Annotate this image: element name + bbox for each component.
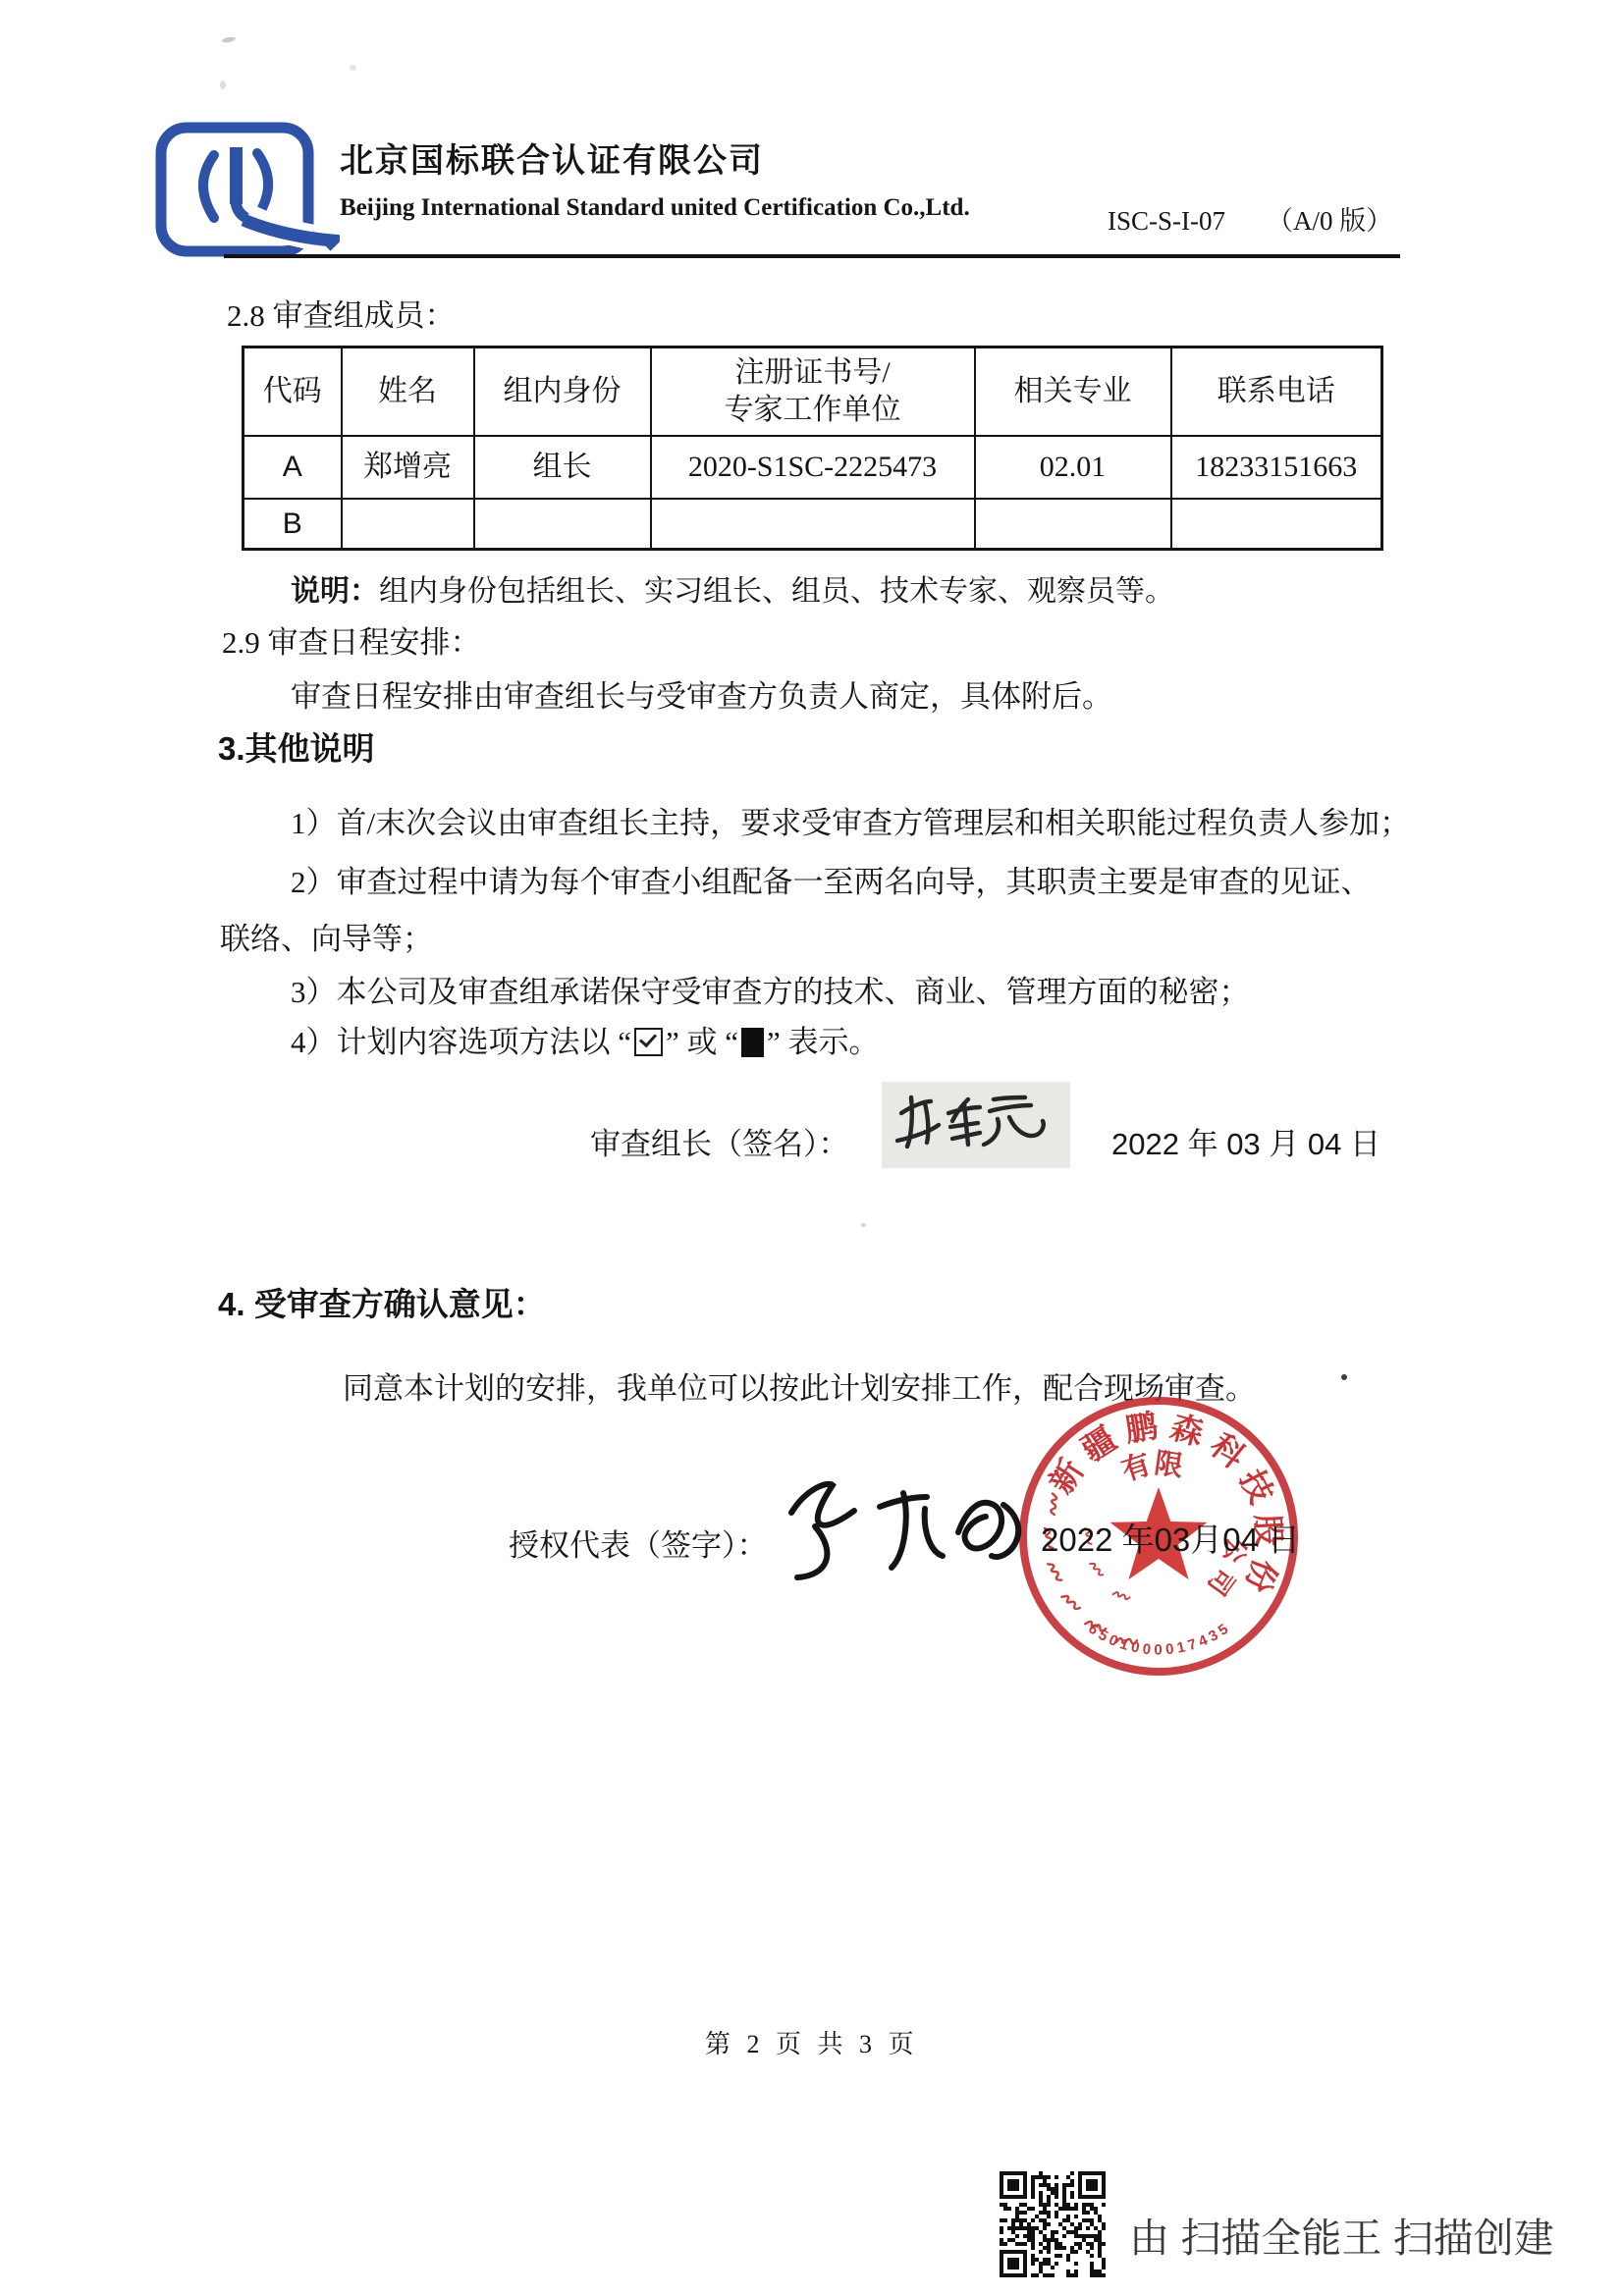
section-3-item1: 1）首/末次会议由审查组长主持，要求受审查方管理层和相关职能过程负责人参加； xyxy=(291,798,1410,842)
audit-team-table: 代码 姓名 组内身份 注册证书号/ 专家工作单位 相关专业 联系电话 A 郑增亮… xyxy=(242,346,1383,551)
svg-text:限: 限 xyxy=(1153,1447,1185,1483)
svg-text:司: 司 xyxy=(1202,1563,1241,1601)
col-header-cert: 注册证书号/ 专家工作单位 xyxy=(651,347,975,436)
company-name-cn: 北京国标联合认证有限公司 xyxy=(340,133,764,182)
note-text: 组内身份包括组长、实习组长、组员、技术专家、观察员等。 xyxy=(379,575,1174,608)
scanned-document-page: 北京国标联合认证有限公司 Beijing International Stand… xyxy=(0,0,1623,2296)
cell-phone xyxy=(1171,499,1382,550)
section-4-heading: 4. 受审查方确认意见： xyxy=(218,1279,546,1325)
section-2-9-heading: 2.9 审查日程安排： xyxy=(222,617,481,662)
cell-cert xyxy=(651,499,975,550)
col-header-major: 相关专业 xyxy=(975,347,1171,436)
section-3-heading: 3.其他说明 xyxy=(218,723,375,770)
scan-watermark: 由 扫描全能王 扫描创建 xyxy=(1129,2206,1554,2264)
cell-major: 02.01 xyxy=(975,436,1171,499)
cell-name: 郑增亮 xyxy=(342,436,474,499)
cell-code: B xyxy=(243,499,342,550)
svg-text:有: 有 xyxy=(1117,1448,1155,1487)
col-header-role: 组内身份 xyxy=(474,347,651,436)
certification-logo xyxy=(153,122,340,264)
section-3-item4: 4）计划内容选项方法以 “” 或 “” 表示。 xyxy=(291,1017,880,1061)
col-header-name: 姓名 xyxy=(342,347,474,436)
cell-code: A xyxy=(243,436,342,499)
table-row: A 郑增亮 组长 2020-S1SC-2225473 02.01 1823315… xyxy=(243,436,1382,499)
scan-speck xyxy=(350,65,356,71)
scan-speck xyxy=(220,80,226,89)
table-header-row: 代码 姓名 组内身份 注册证书号/ 专家工作单位 相关专业 联系电话 xyxy=(243,347,1382,436)
cell-cert: 2020-S1SC-2225473 xyxy=(651,436,975,499)
scan-speck xyxy=(222,36,237,43)
auditee-sign-label: 授权代表（签字）： xyxy=(509,1521,768,1565)
page-number: 第 2 页 共 3 页 xyxy=(705,2024,919,2060)
doc-code: ISC-S-I-07 xyxy=(1108,206,1225,236)
auditee-signature xyxy=(764,1469,1039,1587)
svg-text:森: 森 xyxy=(1166,1409,1207,1452)
section-2-9-body: 审查日程安排由审查组长与受审查方负责人商定，具体附后。 xyxy=(291,671,1112,716)
scan-speck xyxy=(861,1223,866,1227)
cell-major xyxy=(975,499,1171,550)
section-3-item2: 2）审查过程中请为每个审查小组配备一至两名向导，其职责主要是审查的见证、 xyxy=(291,857,1372,901)
section-3-item3: 3）本公司及审查组承诺保守受审查方的技术、商业、管理方面的秘密； xyxy=(291,967,1250,1011)
section-2-8-heading: 2.8 审查组成员： xyxy=(227,291,456,335)
svg-text:1: 1 xyxy=(1175,1639,1187,1657)
table-row: B xyxy=(243,499,1382,550)
svg-text:0: 0 xyxy=(1164,1641,1174,1659)
cell-role xyxy=(474,499,651,550)
col-header-phone: 联系电话 xyxy=(1171,347,1382,436)
document-number: ISC-S-I-07（A/0 版） xyxy=(1108,199,1392,238)
filled-square-glyph xyxy=(741,1028,764,1057)
section-3-item2-cont: 联络、向导等； xyxy=(220,914,433,958)
header-rule xyxy=(224,254,1400,258)
company-name-en: Beijing International Standard united Ce… xyxy=(340,194,970,222)
auditee-sign-date: 2022 年03月04 日 xyxy=(1041,1515,1300,1561)
leader-signature xyxy=(882,1082,1070,1168)
note-label: 说明： xyxy=(291,575,379,608)
svg-text:0: 0 xyxy=(1154,1641,1162,1658)
col-header-code: 代码 xyxy=(243,347,342,436)
svg-text:0: 0 xyxy=(1142,1641,1152,1659)
leader-sign-date: 2022 年 03 月 04 日 xyxy=(1111,1119,1380,1163)
leader-sign-label: 审查组长（签名）： xyxy=(590,1119,849,1163)
doc-version: （A/0 版） xyxy=(1267,206,1392,236)
ink-dot xyxy=(1341,1374,1347,1380)
cell-role: 组长 xyxy=(474,436,651,499)
cell-name xyxy=(342,499,474,550)
table-note: 说明：组内身份包括组长、实习组长、组员、技术专家、观察员等。 xyxy=(291,566,1174,610)
checked-checkbox-glyph xyxy=(634,1028,663,1056)
qr-code xyxy=(1000,2171,1106,2277)
svg-text:鹏: 鹏 xyxy=(1122,1408,1160,1449)
cell-phone: 18233151663 xyxy=(1171,436,1382,499)
